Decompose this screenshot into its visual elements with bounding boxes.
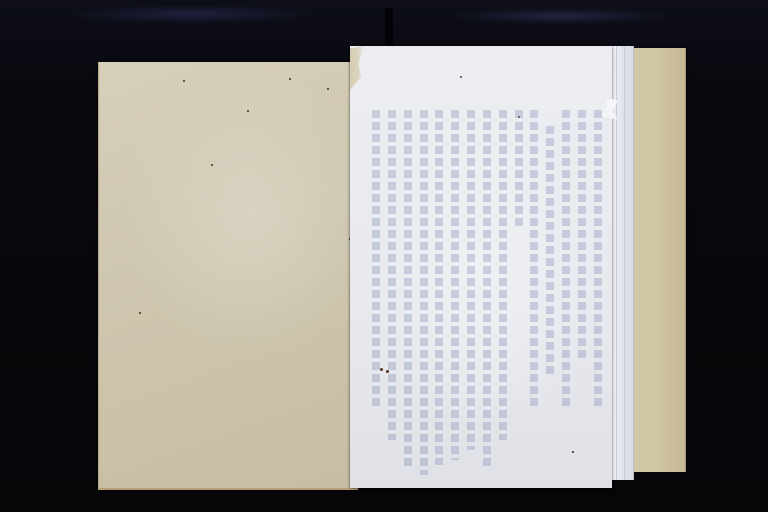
text-description: faint show-through vertical Japanese tex… [350,46,351,47]
torn-corner [350,46,364,90]
text-column [499,110,507,440]
text-column [594,110,602,410]
text-column [530,110,538,410]
text-column [578,110,586,360]
text-column [435,110,443,465]
text-column [467,110,475,450]
paper-speck [327,88,329,90]
front-page-text: faint show-through vertical Japanese tex… [350,46,612,488]
paper-speck [139,312,141,314]
sheet-edge [624,46,625,480]
vertical-text-columns [372,110,602,490]
background-seam [385,8,393,48]
left-page-blank [98,62,358,490]
paper-speck [460,76,462,78]
text-column [451,110,459,460]
paper-speck [247,110,249,112]
text-column [372,110,380,410]
paper-speck [289,78,291,80]
text-column [388,110,396,440]
text-column [420,110,428,475]
sheet-edge [616,46,617,480]
paper-speck [211,164,213,166]
text-column [562,110,570,410]
text-column [546,126,554,376]
text-column [404,110,412,470]
text-column [483,110,491,470]
text-column [515,110,523,230]
paper-speck [183,80,185,82]
